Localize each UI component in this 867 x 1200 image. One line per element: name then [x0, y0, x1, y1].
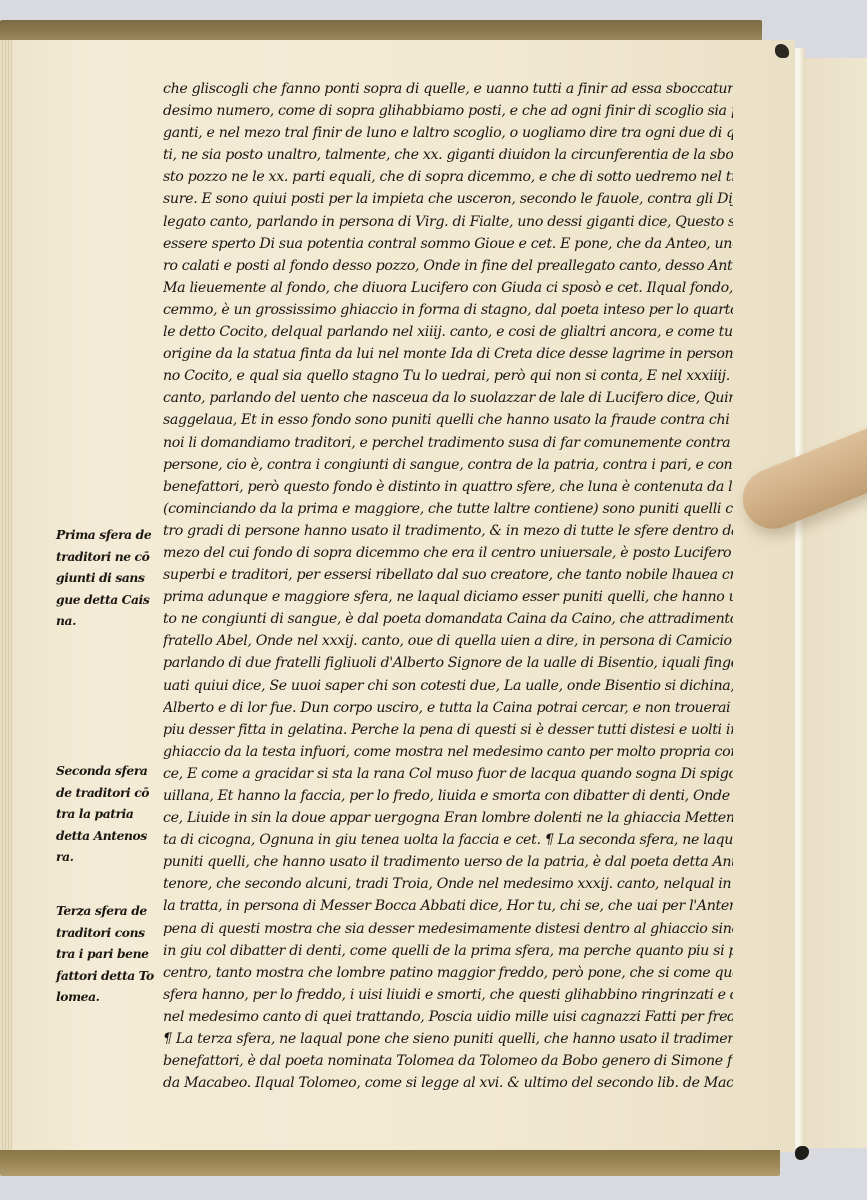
facing-page-edge [804, 58, 867, 1148]
page-clip-icon [775, 44, 789, 58]
text-line: tro gradi di persone hanno usato il trad… [163, 520, 733, 542]
text-line: centro, tanto mostra che lombre patino m… [163, 962, 733, 984]
margin-note-line: na. [56, 610, 158, 632]
margin-note-line: traditori ne cō [56, 546, 158, 568]
text-line: la tratta, in persona di Messer Bocca Ab… [163, 895, 733, 917]
text-line: Alberto e di lor fue. Dun corpo usciro, … [163, 697, 733, 719]
text-line: pena di questi mostra che sia desser med… [163, 918, 733, 940]
text-line: ¶ La terza sfera, ne laqual pone che sie… [163, 1028, 733, 1050]
text-line: Ma lieuemente al fondo, che diuora Lucif… [163, 277, 733, 299]
text-line: (cominciando da la prima e maggiore, che… [163, 498, 733, 520]
margin-note-line: tra la patria [56, 803, 158, 825]
page-weight-icon [795, 1146, 809, 1160]
text-line: sfera hanno, per lo freddo, i uisi liuid… [163, 984, 733, 1006]
margin-note-line: Terza sfera de [56, 900, 158, 922]
margin-note-terza-sfera: Terza sfera de traditori cons tra i pari… [56, 900, 158, 1008]
text-line: che gliscogli che fanno ponti sopra di q… [163, 78, 733, 100]
text-line: ti, ne sia posto unaltro, talmente, che … [163, 144, 733, 166]
margin-note-line: gue detta Cais [56, 589, 158, 611]
text-line: ro calati e posti al fondo desso pozzo, … [163, 255, 733, 277]
text-line: ce, Liuide in sin la doue appar uergogna… [163, 807, 733, 829]
text-line: uati quiui dice, Se uuoi saper chi son c… [163, 675, 733, 697]
text-line: persone, cio è, contra i congiunti di sa… [163, 454, 733, 476]
book-binding-top [0, 20, 762, 42]
margin-note-line: traditori cons [56, 922, 158, 944]
text-line: benefattori, è dal poeta nominata Tolome… [163, 1050, 733, 1072]
text-line: ghiaccio da la testa infuori, come mostr… [163, 741, 733, 763]
page-stack-edge [0, 40, 12, 1152]
text-line: le detto Cocito, delqual parlando nel xi… [163, 321, 733, 343]
text-line: ce, E come a gracidar si sta la rana Col… [163, 763, 733, 785]
main-text-column: che gliscogli che fanno ponti sopra di q… [163, 78, 733, 1094]
margin-note-line: Prima sfera de [56, 524, 158, 546]
text-line: nel medesimo canto di quei trattando, Po… [163, 1006, 733, 1028]
margin-note-line: tra i pari bene [56, 943, 158, 965]
text-line: canto, parlando del uento che nasceua da… [163, 387, 733, 409]
text-line: legato canto, parlando in persona di Vir… [163, 211, 733, 233]
text-line: parlando di due fratelli figliuoli d'Alb… [163, 652, 733, 674]
text-line: essere sperto Di sua potentia contral so… [163, 233, 733, 255]
text-line: fratello Abel, Onde nel xxxij. canto, ou… [163, 630, 733, 652]
margin-note-line: Seconda sfera [56, 760, 158, 782]
text-line: to ne congiunti di sangue, è dal poeta d… [163, 608, 733, 630]
book-binding-bottom [0, 1150, 780, 1176]
margin-note-seconda-sfera: Seconda sfera de traditori cō tra la pat… [56, 760, 158, 868]
margin-note-line: ra. [56, 846, 158, 868]
text-line: ganti, e nel mezo tral finir de luno e l… [163, 122, 733, 144]
text-line: puniti quelli, che hanno usato il tradim… [163, 851, 733, 873]
text-line: uillana, Et hanno la faccia, per lo fred… [163, 785, 733, 807]
margin-note-line: detta Antenos [56, 825, 158, 847]
text-line: da Macabeo. Ilqual Tolomeo, come si legg… [163, 1072, 733, 1094]
text-line: ta di cicogna, Ognuna in giu tenea uolta… [163, 829, 733, 851]
text-line: tenore, che secondo alcuni, tradi Troia,… [163, 873, 733, 895]
book-photo: che gliscogli che fanno ponti sopra di q… [0, 0, 867, 1200]
text-line: origine da la statua finta da lui nel mo… [163, 343, 733, 365]
text-line: desimo numero, come di sopra glihabbiamo… [163, 100, 733, 122]
text-line: piu desser fitta in gelatina. Perche la … [163, 719, 733, 741]
margin-note-line: lomea. [56, 986, 158, 1008]
text-line: in giu col dibatter di denti, come quell… [163, 940, 733, 962]
margin-note-line: fattori detta To [56, 965, 158, 987]
text-line: sure. E sono quiui posti per la impieta … [163, 188, 733, 210]
text-line: saggelaua, Et in esso fondo sono puniti … [163, 409, 733, 431]
margin-note-line: giunti di sans [56, 567, 158, 589]
text-line: cemmo, è un grossissimo ghiaccio in form… [163, 299, 733, 321]
text-line: benefattori, però questo fondo è distint… [163, 476, 733, 498]
text-line: superbi e traditori, per essersi ribella… [163, 564, 733, 586]
text-line: sto pozzo ne le xx. parti equali, che di… [163, 166, 733, 188]
margin-note-prima-sfera: Prima sfera de traditori ne cō giunti di… [56, 524, 158, 632]
text-line: prima adunque e maggiore sfera, ne laqua… [163, 586, 733, 608]
text-line: noi li domandiamo traditori, e perchel t… [163, 432, 733, 454]
text-line: no Cocito, e qual sia quello stagno Tu l… [163, 365, 733, 387]
margin-note-line: de traditori cō [56, 782, 158, 804]
text-line: mezo del cui fondo di sopra dicemmo che … [163, 542, 733, 564]
